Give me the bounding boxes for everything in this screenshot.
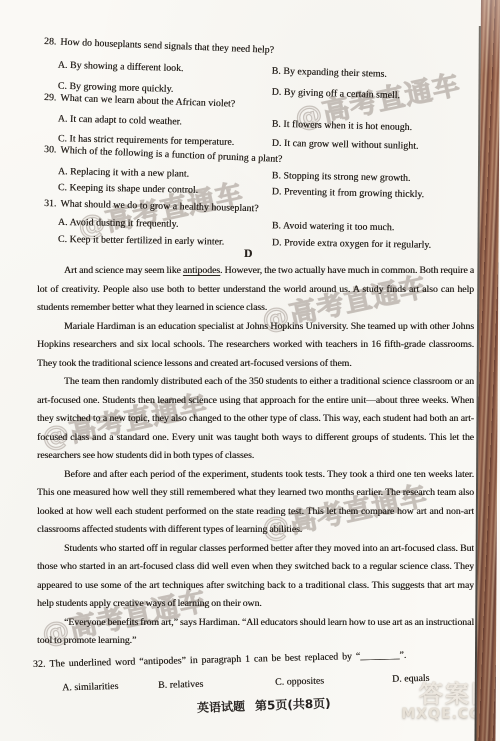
question-number: 28. (44, 36, 57, 47)
option-c: C. opposites (275, 676, 324, 688)
passage-paragraph-5: Students who started off in regular clas… (37, 540, 474, 614)
question-number: 29. (44, 92, 57, 103)
paragraph-text: Art and science may seem like (64, 265, 183, 276)
option-b: B. Stopping its strong new growth. (272, 170, 411, 184)
question-30-options-ab: A. Replacing it with a new plant. B. Sto… (0, 165, 500, 175)
option-b: B. relatives (158, 679, 203, 691)
option-d: D. By giving off a certain smell. (272, 87, 401, 102)
question-30-stem: 30.Which of the following is a function … (44, 144, 283, 165)
question-text: Which of the following is a function of … (60, 145, 282, 165)
question-text: What can we learn about the African viol… (60, 93, 235, 110)
option-d: D. Provide extra oxygen for it regularly… (272, 237, 431, 250)
passage-paragraph-1: Art and science may seem like antipodes.… (37, 262, 474, 318)
option-a: A. similarities (62, 681, 119, 693)
option-b: B. It flowers when it is hot enough. (272, 119, 413, 133)
reading-passage: Art and science may seem like antipodes.… (37, 262, 474, 660)
option-a: A. It can adapt to cold weather. (58, 113, 182, 127)
question-29-options-ab: A. It can adapt to cold weather. B. It f… (0, 112, 500, 124)
question-28-stem: 28.How do houseplants send signals that … (44, 36, 274, 56)
option-a: A. Replacing it with a new plant. (58, 166, 189, 180)
answer-blank: ________ (360, 650, 399, 662)
option-d: D. Preventing it from growing thickly. (272, 186, 424, 200)
question-30-options-cd: C. Keeping its shape under control. D. P… (0, 181, 500, 191)
option-a: A. Avoid dusting it frequently. (58, 217, 179, 230)
page-number: 第5页(共8页) (255, 696, 331, 713)
question-31-options-ab: A. Avoid dusting it frequently. B. Avoid… (0, 216, 500, 224)
page-footer: 英语试题第5页(共8页) (197, 694, 331, 716)
question-31-stem: 31.What should we do to grow a healthy h… (44, 198, 259, 214)
section-d-label: D (244, 248, 252, 260)
passage-paragraph-3: The team then randomly distributed each … (37, 373, 474, 466)
question-29-stem: 29.What can we learn about the African v… (44, 92, 236, 110)
passage-paragraph-4: Before and after each period of the expe… (37, 466, 474, 540)
option-b: B. By expanding their stems. (272, 66, 387, 80)
question-text: How do houseplants send signals that the… (60, 37, 274, 56)
passage-paragraph-2: Mariale Hardiman is an education special… (37, 318, 474, 374)
question-number: 30. (44, 144, 57, 156)
question-text: ”. (399, 650, 406, 661)
question-text: The underlined word “ (49, 656, 143, 669)
scan-edge (469, 0, 500, 741)
exam-page: @高考直通车 @高考直通车 @高考直通车 @高考直通车 @高考直通车 @高考直通… (0, 0, 500, 741)
option-d: D. It can grow well without sunlight. (272, 138, 419, 152)
question-29-options-cd: C. It has strict requirements for temper… (0, 132, 500, 142)
passage-paragraph-6: “Everyone benefits from art,” says Hardi… (37, 614, 474, 651)
question-number: 32. (33, 659, 46, 670)
option-a: A. By showing a different look. (58, 60, 184, 75)
underlined-word: antipodes (183, 265, 220, 276)
option-c: C. Keep it better fertilized in early wi… (58, 234, 224, 248)
question-text: What should we do to grow a healthy hous… (60, 198, 258, 214)
option-b: B. Avoid watering it too much. (272, 220, 395, 233)
question-31-options-cd: C. Keep it better fertilized in early wi… (0, 233, 500, 241)
quoted-word: antipodes (143, 655, 181, 667)
exam-subject: 英语试题 (197, 699, 245, 715)
question-28-options-cd: C. By growing more quickly. D. By giving… (0, 79, 500, 93)
question-number: 31. (44, 198, 57, 209)
option-c: C. Keeping its shape under control. (58, 182, 198, 196)
question-28-options-ab: A. By showing a different look. B. By ex… (0, 58, 500, 72)
